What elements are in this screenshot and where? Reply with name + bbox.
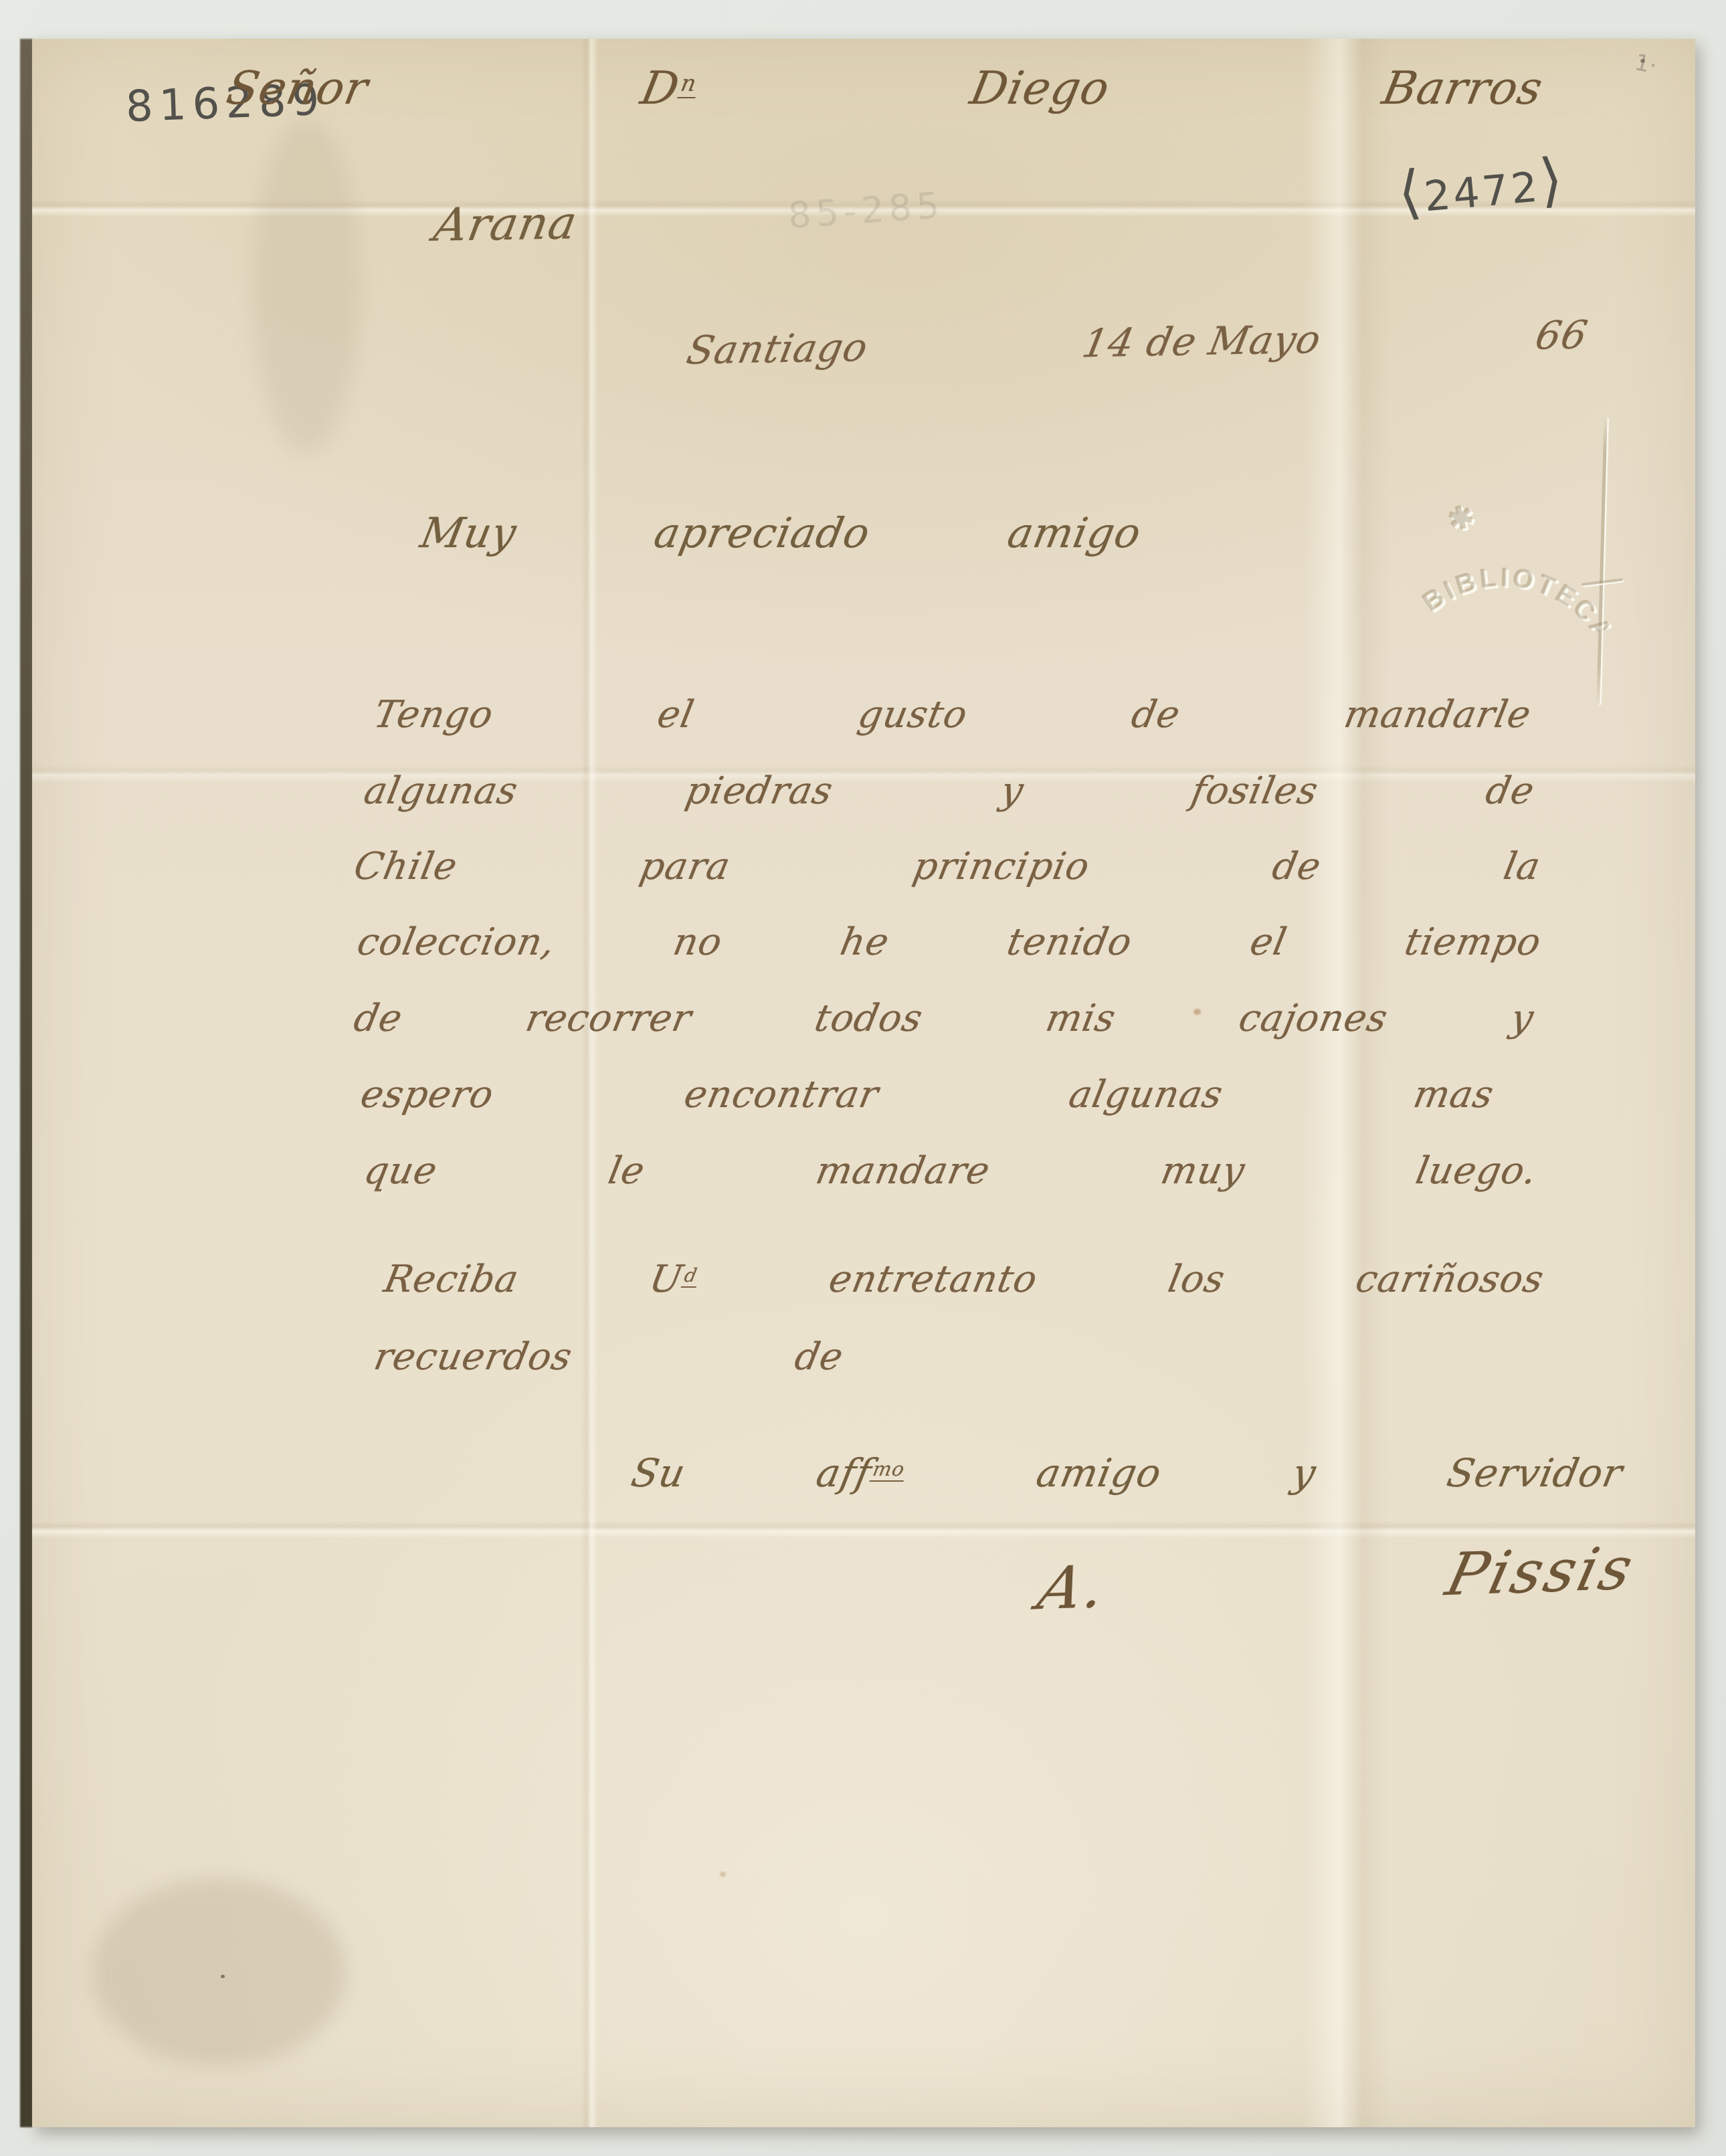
word: de: [351, 997, 407, 1040]
word: de: [1128, 693, 1184, 737]
word: tenido: [1003, 920, 1136, 964]
scanned-letter-page: { "scan": { "pencil_catalog_number": "81…: [0, 0, 1726, 2156]
signature: A. Pissis: [1032, 1534, 1642, 1624]
top-crease-smudge: [253, 119, 360, 454]
pencil-faint-note: 85-285: [787, 184, 945, 237]
closing-line-1: Reciba Ud entretanto los cariñosos: [381, 1258, 1548, 1301]
word: todos: [811, 997, 927, 1040]
word: Servidor: [1444, 1450, 1627, 1496]
aff-abbreviation: affmo: [813, 1450, 910, 1496]
word: y: [997, 769, 1027, 813]
word: luego.: [1412, 1149, 1541, 1193]
salutation: Muy apreciado amigo: [417, 508, 1145, 557]
word: Tengo: [371, 693, 497, 737]
word: encontrar: [680, 1073, 882, 1116]
word: para: [636, 845, 734, 888]
corner-speck: [1640, 59, 1645, 63]
word: recorrer: [522, 997, 695, 1040]
word: he: [837, 920, 893, 964]
word: amigo: [1003, 508, 1145, 557]
word: Diego: [966, 62, 1114, 115]
letter-paper: 816289 ⟨2472⟩ 85-285 1· BIBLIOTECA NACIO…: [32, 39, 1695, 2127]
word: cariñosos: [1352, 1258, 1547, 1301]
dateline-year: 66: [1532, 312, 1592, 358]
word: y: [1507, 997, 1537, 1040]
body-line-7: que le mandare muy luego.: [361, 1149, 1541, 1193]
word: cajones: [1235, 997, 1391, 1040]
body-line-2: algunas piedras y fosiles de: [361, 769, 1539, 813]
word: el: [654, 693, 698, 737]
word: mis: [1042, 997, 1119, 1040]
word: Muy: [417, 508, 521, 557]
dateline-date: 14 de Mayo: [1078, 316, 1325, 366]
faint-stain: [720, 1872, 726, 1877]
word: espero: [357, 1073, 498, 1116]
word: y: [1288, 1450, 1320, 1496]
word: Barros: [1378, 62, 1547, 115]
word: tiempo: [1401, 920, 1545, 964]
ud-abbreviation: Ud: [646, 1258, 702, 1301]
word: fosiles: [1187, 769, 1322, 813]
word: entretanto: [826, 1258, 1041, 1301]
word: algunas: [361, 769, 522, 813]
rust-stain: [1193, 1009, 1201, 1015]
word: piedras: [682, 769, 836, 813]
word: de: [1482, 769, 1539, 813]
dateline-place: Santiago: [683, 324, 872, 373]
word: Reciba: [381, 1258, 522, 1301]
word: los: [1165, 1258, 1229, 1301]
word: Señor: [222, 62, 372, 115]
recipient-line-1: Señor Dn Diego Barros: [222, 62, 1547, 115]
word: el: [1246, 920, 1290, 964]
word: muy: [1157, 1149, 1248, 1193]
word: algunas: [1066, 1073, 1227, 1116]
pencil-item-value: 2472: [1422, 163, 1542, 221]
paper-left-edge-shadow: [20, 39, 33, 2127]
word: le: [605, 1149, 649, 1193]
recipient-line-2: Arana: [430, 197, 581, 252]
word: gusto: [854, 693, 971, 737]
word: Su: [628, 1450, 689, 1496]
word: la: [1500, 845, 1544, 888]
corner-crease-smudge: [92, 1878, 347, 2066]
body-line-1: Tengo el gusto de mandarle: [371, 693, 1535, 737]
word: principio: [909, 845, 1093, 888]
signature-initial: A.: [1032, 1552, 1115, 1623]
word: mandare: [812, 1149, 993, 1193]
pencil-close-bracket: ⟩: [1537, 145, 1568, 215]
word: Chile: [351, 845, 462, 888]
word: amigo: [1033, 1450, 1165, 1496]
body-line-3: Chile para principio de la: [351, 845, 1545, 888]
pencil-open-bracket: ⟨: [1396, 158, 1427, 227]
word: que: [361, 1149, 442, 1193]
don-abbreviation: Dn: [636, 62, 702, 115]
word: de: [1269, 845, 1325, 888]
word: de: [791, 1335, 848, 1379]
pencil-corner-mark: 1·: [1632, 49, 1659, 80]
ink-speck: [221, 1975, 225, 1978]
body-line-4: coleccion, no he tenido el tiempo: [354, 920, 1545, 964]
word: coleccion,: [354, 920, 559, 964]
word: no: [670, 920, 726, 964]
body-line-5: de recorrer todos mis cajones y: [351, 997, 1538, 1040]
body-line-6: espero encontrar algunas mas: [357, 1073, 1498, 1116]
word: apreciado: [650, 508, 874, 557]
signature-name: Pissis: [1440, 1534, 1641, 1609]
word: recuerdos: [371, 1335, 576, 1379]
word: mas: [1410, 1073, 1497, 1116]
valediction: Su affmo amigo y Servidor: [628, 1450, 1626, 1496]
horizontal-fold-bottom: [32, 1521, 1695, 1538]
word: mandarle: [1341, 693, 1535, 737]
closing-line-2: recuerdos de: [371, 1335, 848, 1379]
